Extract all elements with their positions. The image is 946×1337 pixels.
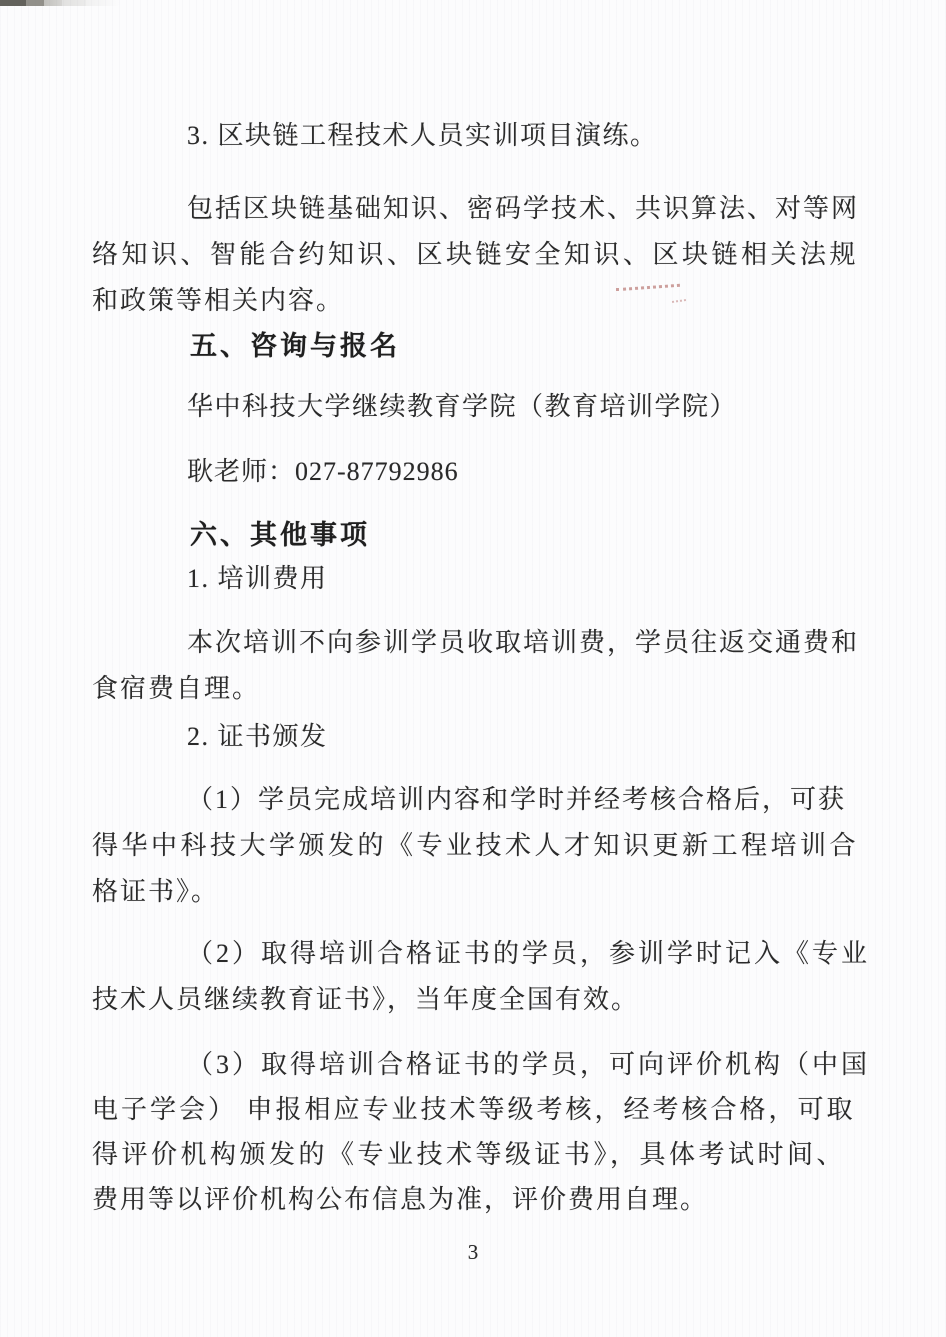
paragraph-line: 格证书》。 <box>92 876 219 908</box>
contact-phone-line: 耿老师：027-87792986 <box>187 456 459 488</box>
paragraph-line: 费用等以评价机构公布信息为准，评价费用自理。 <box>92 1184 708 1216</box>
subitem-1-title: 1. 培训费用 <box>187 563 328 595</box>
contact-org-line: 华中科技大学继续教育学院（教育培训学院） <box>187 391 737 423</box>
paragraph-line: （2）取得培训合格证书的学员，参训学时记入《专业 <box>187 938 870 970</box>
paragraph-line: 技术人员继续教育证书》，当年度全国有效。 <box>92 984 639 1016</box>
red-ink-scan-artifact <box>616 284 680 291</box>
scan-smudge-artifact <box>0 0 120 6</box>
paragraph-line: 得评价机构颁发的《专业技术等级证书》，具体考试时间、 <box>92 1139 846 1171</box>
subitem-2-title: 2. 证书颁发 <box>187 721 328 753</box>
paragraph-line: 本次培训不向参训学员收取培训费，学员往返交通费和 <box>187 627 859 659</box>
paragraph-line: 包括区块链基础知识、密码学技术、共识算法、对等网 <box>187 193 859 225</box>
red-ink-scan-artifact-dots <box>672 299 686 303</box>
paragraph-line: 得华中科技大学颁发的《专业技术人才知识更新工程培训合 <box>92 830 859 862</box>
paragraph-line: 络知识、智能合约知识、区块链安全知识、区块链相关法规 <box>92 239 859 271</box>
section-heading-6: 六、其他事项 <box>190 519 370 551</box>
page-number: 3 <box>0 1240 946 1265</box>
paragraph-line: 和政策等相关内容。 <box>92 285 344 317</box>
paragraph-line: 电子学会） 申报相应专业技术等级考核，经考核合格，可取 <box>92 1094 856 1126</box>
scanned-document-page: 3. 区块链工程技术人员实训项目演练。 包括区块链基础知识、密码学技术、共识算法… <box>0 0 946 1337</box>
paragraph-line: （1）学员完成培训内容和学时并经考核合格后，可获 <box>187 784 846 816</box>
paragraph-line: 食宿费自理。 <box>92 673 260 705</box>
paragraph-line: （3）取得培训合格证书的学员，可向评价机构（中国 <box>187 1049 870 1081</box>
section-heading-5: 五、咨询与报名 <box>190 330 400 362</box>
list-item-3: 3. 区块链工程技术人员实训项目演练。 <box>187 120 658 152</box>
